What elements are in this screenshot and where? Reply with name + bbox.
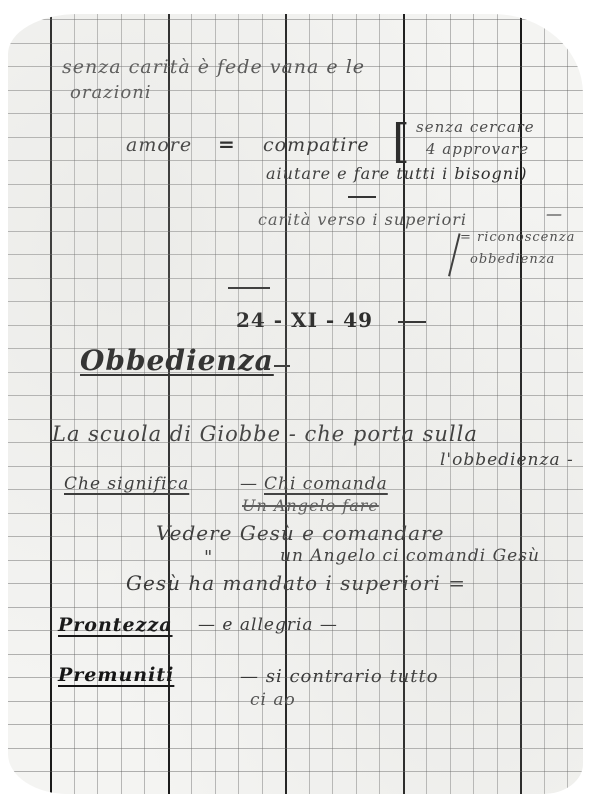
note-struck-angelo: Un Angelo fare — [242, 496, 379, 515]
note-compatire: compatire — [263, 134, 370, 156]
note-obbedienza-small: obbedienza — [470, 252, 555, 267]
note-chi-comanda: Chi comanda — [264, 474, 388, 494]
grid-row-line — [8, 419, 583, 420]
note-contrario: — si contrario tutto — [240, 666, 439, 687]
note-ditto-mark: " — [204, 547, 213, 568]
note-bracket: [ — [392, 114, 410, 168]
grid-row-line — [8, 724, 583, 725]
grid-row-line — [8, 301, 583, 302]
grid-row-line — [8, 748, 583, 749]
note-carita-dash: — — [546, 204, 563, 223]
note-allegria: — e allegria — — [198, 615, 338, 635]
grid-row-line — [8, 184, 583, 185]
note-l-obbedienza: l'obbedienza - — [440, 450, 574, 470]
note-scuola-giobbe: La scuola di Giobbe - che porta sulla — [52, 422, 478, 446]
title-dash — [274, 365, 290, 367]
note-amore: amore — [126, 134, 192, 156]
grid-row-line — [8, 395, 583, 396]
underline-mark — [348, 196, 376, 198]
note-angelo-gesu: un Angelo ci comandi Gesù — [280, 546, 540, 566]
note-aside-senza-cercare: senza cercare — [416, 118, 535, 136]
grid-row-line — [8, 19, 583, 20]
note-dash-separator: — — [240, 474, 258, 494]
note-date: 24 - XI - 49 — [236, 308, 373, 332]
note-che-significa: Che significa — [64, 474, 189, 494]
grid-row-line — [8, 278, 583, 279]
note-carita-superiori: carità verso i superiori — [258, 210, 467, 229]
grid-row-line — [8, 160, 583, 161]
notebook-page: senza carità è fede vana e le orazioni a… — [8, 14, 583, 794]
grid-row-line — [8, 207, 583, 208]
note-aside-approvare: 4 approvare — [426, 140, 529, 158]
note-line-orazioni: orazioni — [70, 82, 152, 103]
date-trailing-dash — [398, 321, 426, 323]
note-prontezza: Prontezza — [58, 614, 173, 636]
grid-row-line — [8, 43, 583, 44]
note-aiutare: aiutare e fare tutti i bisogni) — [266, 164, 527, 183]
note-title-obbedienza: Obbedienza — [80, 344, 274, 377]
grid-row-line — [8, 607, 583, 608]
note-equals-sign: = — [218, 132, 236, 156]
note-vedere-gesu: Vedere Gesù e comandare — [156, 521, 444, 545]
date-overline — [228, 287, 270, 289]
grid-row-line — [8, 113, 583, 114]
note-riconoscenza: = riconoscenza — [460, 230, 575, 245]
note-line-carita-fede: senza carità è fede vana e le — [62, 56, 365, 78]
note-gesu-superiori: Gesù ha mandato i superiori = — [126, 571, 466, 595]
note-premuniti: Premuniti — [58, 664, 174, 686]
note-ciao: ci ao — [250, 690, 296, 710]
grid-row-line — [8, 654, 583, 655]
grid-row-line — [8, 771, 583, 772]
